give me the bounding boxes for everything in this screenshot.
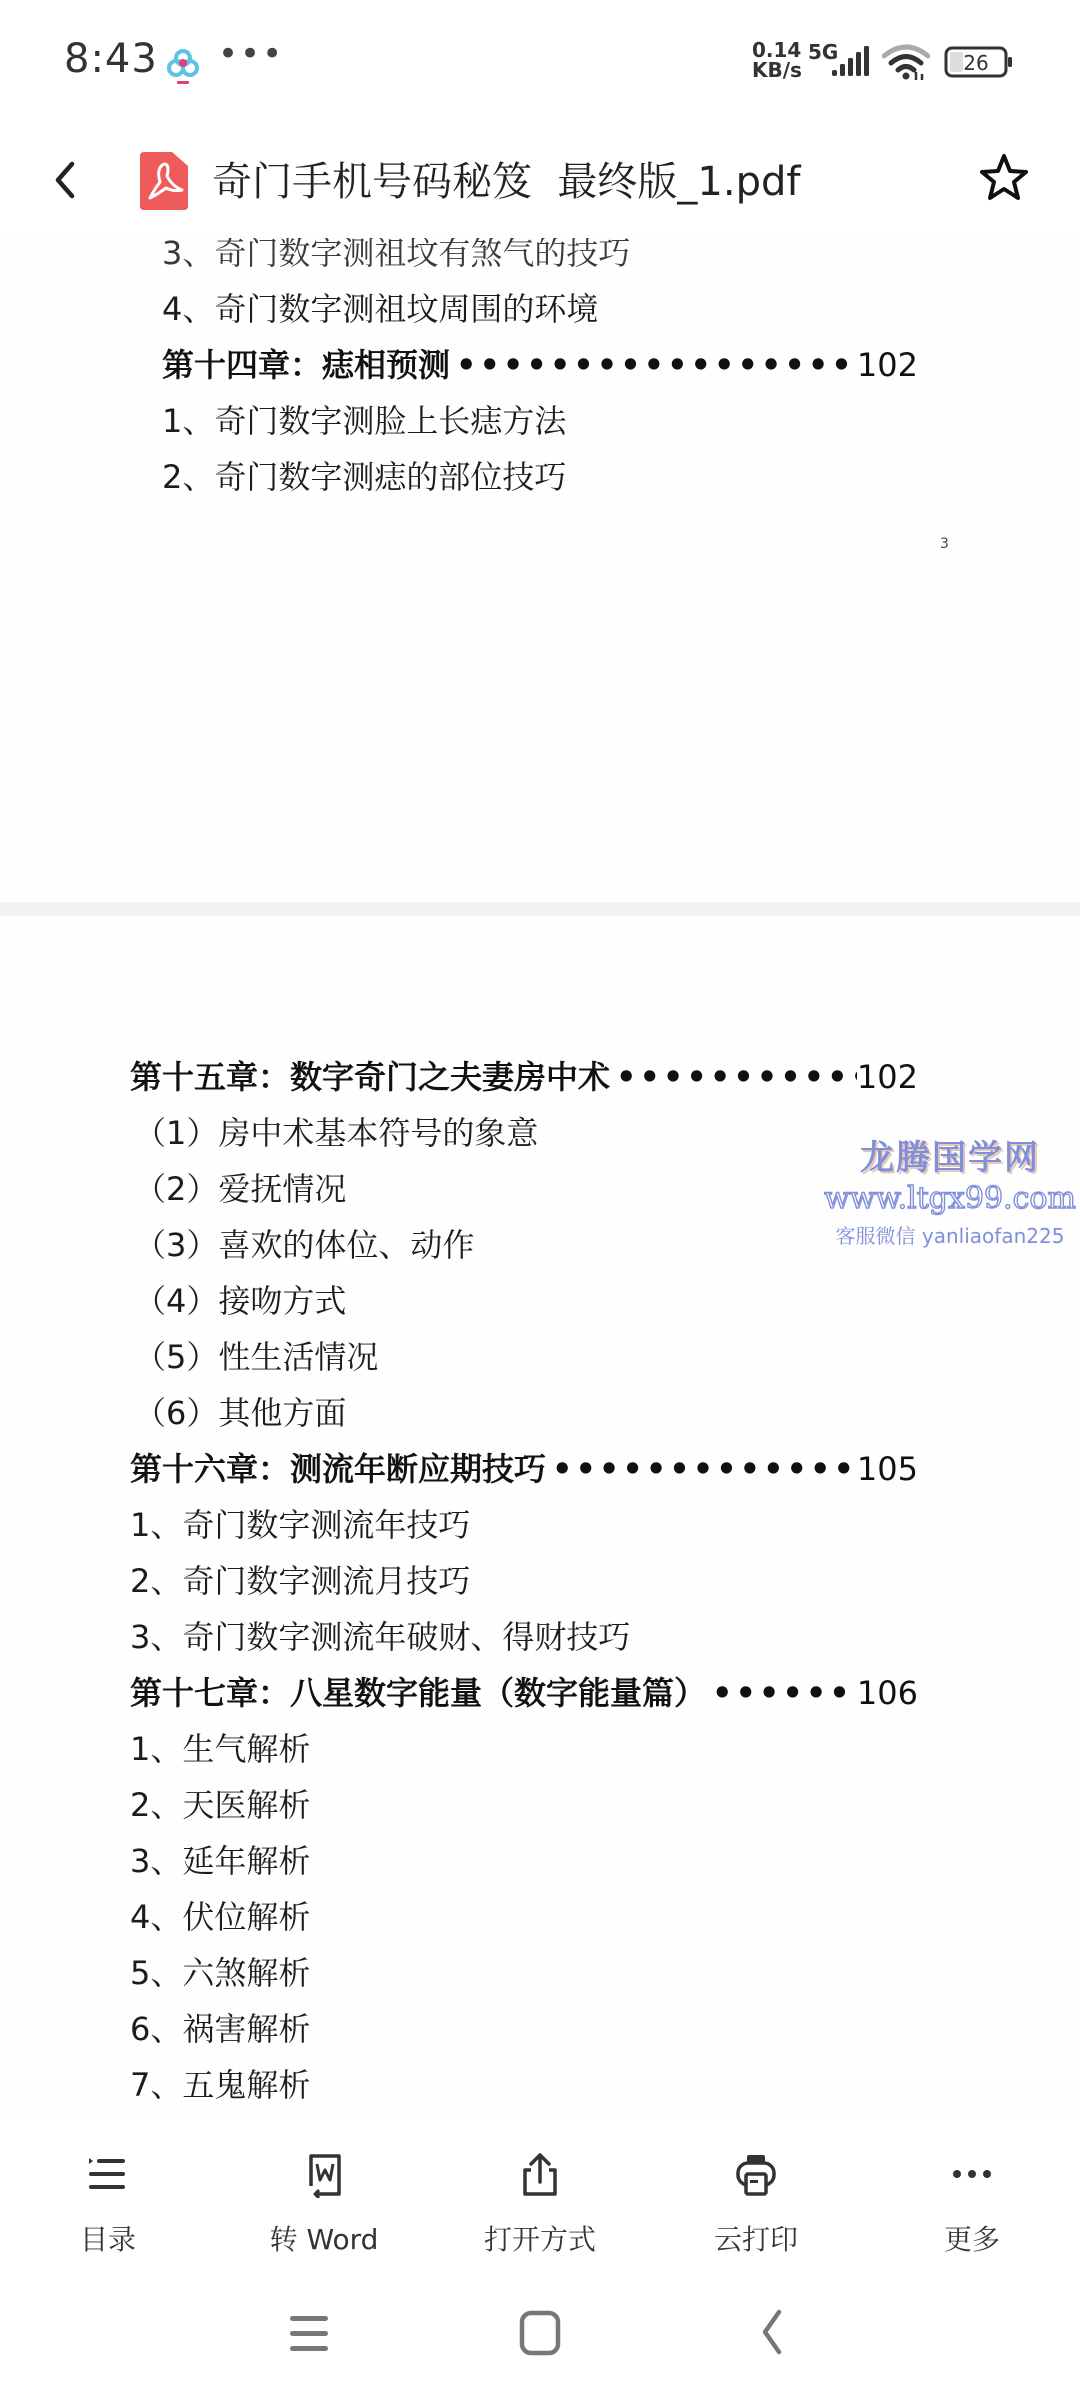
wifi-icon [882, 44, 930, 82]
battery-level: 26 [963, 51, 988, 75]
network-speed-unit: KB/s [752, 60, 802, 80]
toc-item[interactable]: （1）房中术基本符号的象意 [134, 1108, 538, 1154]
leader-dots: ••••••••••••••••••••••••••••••••••••••••… [610, 1058, 857, 1096]
chapter-page: 102 [857, 1058, 918, 1096]
pdf-viewport[interactable]: 3、奇门数字测祖坟有煞气的技巧 4、奇门数字测祖坟周围的环境 第十四章：痣相预测… [0, 238, 1080, 2118]
cellular-signal-icon [826, 46, 870, 78]
toc-item[interactable]: （3）喜欢的体位、动作 [134, 1220, 474, 1266]
back-chevron-icon[interactable] [745, 2308, 795, 2358]
toc-item[interactable]: 2、奇门数字测痣的部位技巧 [162, 452, 566, 498]
toc-item[interactable]: 7、五鬼解析 [130, 2060, 310, 2106]
toc-item[interactable]: 2、天医解析 [130, 1780, 310, 1826]
chapter-page: 102 [857, 346, 918, 384]
pdf-page-4: 第十五章：数字奇门之夫妻房中术 ••••••••••••••••••••••••… [0, 918, 1080, 2118]
bottom-toolbar: 目录 转 Word 打开方式 云打印 更多 [0, 2118, 1080, 2258]
leader-dots: ••••••••••••••••••••••••••••••••••••••••… [706, 1674, 857, 1712]
chapter-title: 第十四章：痣相预测 [162, 340, 450, 386]
baidu-netdisk-icon [166, 48, 200, 86]
toc-item[interactable]: 1、生气解析 [130, 1724, 310, 1770]
chapter-title: 第十七章：八星数字能量（数字能量篇） [130, 1668, 706, 1714]
cloud-print-label: 云打印 [714, 2218, 798, 2258]
toc-item[interactable]: （6）其他方面 [134, 1388, 346, 1434]
network-speed: 0.14 KB/s [752, 40, 802, 80]
status-bar: 8:43 ••• 0.14 KB/s 5G 26 [0, 0, 1080, 120]
page-separator [0, 902, 1080, 916]
toc-item[interactable]: 2、奇门数字测流月技巧 [130, 1556, 470, 1602]
toc-item[interactable]: 4、伏位解析 [130, 1892, 310, 1938]
table-of-contents-icon [85, 2152, 131, 2198]
more-label: 更多 [944, 2218, 1000, 2258]
toc-item[interactable]: 1、奇门数字测流年技巧 [130, 1500, 470, 1546]
chapter-page: 105 [857, 1450, 918, 1488]
toc-item[interactable]: 3、奇门数字测祖坟有煞气的技巧 [162, 238, 630, 274]
notification-overflow-icon: ••• [218, 34, 284, 74]
more-button[interactable]: 更多 [864, 2118, 1080, 2258]
toc-item[interactable]: 4、奇门数字测祖坟周围的环境 [162, 284, 598, 330]
network-speed-value: 0.14 [752, 40, 802, 60]
document-title: 奇门手机号码秘笈 最终版_1.pdf [212, 150, 800, 207]
toc-item[interactable]: （4）接吻方式 [134, 1276, 346, 1322]
menu-lines-icon[interactable] [284, 2308, 334, 2358]
toc-item[interactable]: 6、祸害解析 [130, 2004, 310, 2050]
toc-chapter-14[interactable]: 第十四章：痣相预测 ••••••••••••••••••••••••••••••… [162, 340, 918, 386]
open-with-label: 打开方式 [484, 2218, 596, 2258]
toc-chapter-16[interactable]: 第十六章：测流年断应期技巧 ••••••••••••••••••••••••••… [130, 1444, 918, 1490]
toc-item[interactable]: 1、奇门数字测脸上长痣方法 [162, 396, 566, 442]
chapter-page: 106 [857, 1674, 918, 1712]
cloud-print-button[interactable]: 云打印 [648, 2118, 864, 2258]
status-time: 8:43 [64, 36, 158, 82]
toc-item[interactable]: 3、奇门数字测流年破财、得财技巧 [130, 1612, 630, 1658]
app-header: 奇门手机号码秘笈 最终版_1.pdf [0, 120, 1080, 238]
pdf-page-3: 3、奇门数字测祖坟有煞气的技巧 4、奇门数字测祖坟周围的环境 第十四章：痣相预测… [0, 238, 1080, 898]
battery-icon: 26 [944, 46, 1014, 78]
toc-label: 目录 [80, 2218, 136, 2258]
toc-chapter-15[interactable]: 第十五章：数字奇门之夫妻房中术 ••••••••••••••••••••••••… [130, 1052, 918, 1098]
chevron-left-icon[interactable] [40, 150, 90, 210]
cloud-print-icon [733, 2152, 779, 2198]
share-open-with-icon [517, 2152, 563, 2198]
toc-chapter-17[interactable]: 第十七章：八星数字能量（数字能量篇） •••••••••••••••••••••… [130, 1668, 918, 1714]
toc-button[interactable]: 目录 [0, 2118, 216, 2258]
chapter-title: 第十五章：数字奇门之夫妻房中术 [130, 1052, 610, 1098]
leader-dots: ••••••••••••••••••••••••••••••••••••••••… [450, 346, 857, 384]
more-horizontal-icon [949, 2152, 995, 2198]
toc-item[interactable]: 3、延年解析 [130, 1836, 310, 1882]
leader-dots: ••••••••••••••••••••••••••••••••••••••••… [546, 1450, 857, 1488]
toc-item[interactable]: （5）性生活情况 [134, 1332, 378, 1378]
open-with-button[interactable]: 打开方式 [432, 2118, 648, 2258]
page-number: 3 [940, 536, 949, 552]
convert-word-button[interactable]: 转 Word [216, 2118, 432, 2258]
convert-word-label: 转 Word [270, 2218, 379, 2258]
toc-item[interactable]: （2）爱抚情况 [134, 1164, 346, 1210]
system-navigation-bar [0, 2258, 1080, 2400]
toc-item[interactable]: 5、六煞解析 [130, 1948, 310, 1994]
chapter-title: 第十六章：测流年断应期技巧 [130, 1444, 546, 1490]
star-outline-icon[interactable] [976, 150, 1032, 206]
convert-word-icon [301, 2152, 347, 2198]
pdf-icon [140, 152, 188, 210]
home-square-icon[interactable] [515, 2308, 565, 2358]
